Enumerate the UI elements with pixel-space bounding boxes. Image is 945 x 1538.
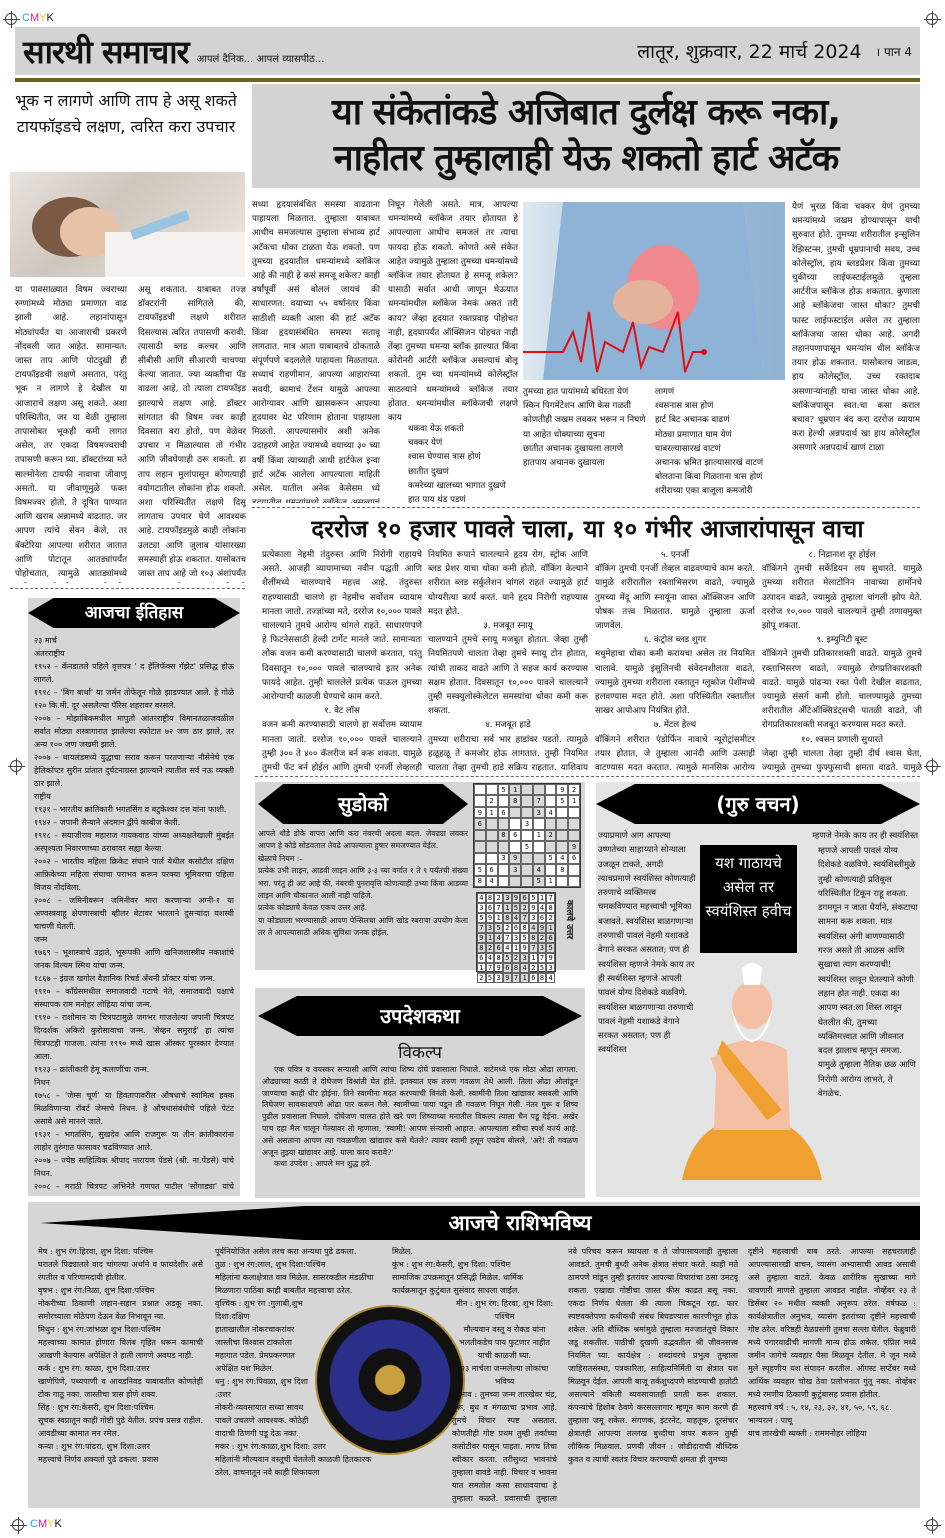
heart-column-3: तुमच्या हात पायांमध्ये बधिरता येणं स्किन…	[523, 385, 648, 503]
walking-section-body: वॉकिंग तुमची एनर्जी लेव्हल वाढवण्याचे का…	[595, 562, 755, 633]
sudoku-cell: 1	[533, 830, 545, 841]
sudoku-cell: 8	[477, 943, 486, 953]
sudoku-cell[interactable]	[521, 853, 533, 864]
sudoku-cell[interactable]	[474, 795, 486, 806]
sudoku-cell: 7	[520, 913, 529, 923]
sudoku-cell: 4	[512, 913, 521, 923]
history-group-label: जन्म	[34, 933, 234, 946]
zodiac-prediction: सूचक स्वप्नातून काही गोष्टी पुढे येतील. …	[38, 1414, 203, 1440]
sudoku-cell: 7	[486, 963, 495, 973]
warning-sign: हातपाय अचानक दुखायला	[523, 456, 648, 470]
sudoku-cell: 8	[494, 953, 503, 963]
zodiac-prediction: महिलांनी मौल्यवान वस्तूची घेतलेली काळजी …	[215, 1453, 380, 1479]
warning-sign: स्किन पिगमेंटेशन आणि केस गळती	[523, 399, 648, 413]
heart-headline-line-1: या संकेतांकडे अजिबात दुर्लक्ष करू नका,	[252, 90, 920, 136]
sudoku-answer-grid: 4823965173671529485918473627352684919147…	[476, 892, 556, 972]
upadesh-title: उपदेशकथा	[258, 996, 582, 1036]
symptom-item: श्वास घेण्यास त्रास होणं	[408, 450, 518, 464]
sudoku-cell[interactable]	[521, 807, 533, 818]
walking-section-body: नियमित रूपाने चालल्याने हृदय रोग, स्ट्रो…	[428, 548, 588, 619]
sudoku-cell: 3	[533, 807, 545, 818]
zodiac-prediction: खाणेपिणे, पथ्यपाणी व आवडनिवड याबाबतीत को…	[38, 1375, 203, 1401]
sudoku-cell: 5	[486, 973, 495, 983]
sudoku-cell: 2	[486, 795, 498, 806]
sudoku-cell: 6	[546, 933, 555, 943]
walking-section-body: चालण्याने तुमचे स्नायू मजबूत होतात. जेव्…	[428, 633, 588, 718]
horoscope-column-1: मेष : शुभ रंग:हिरवा, शुभ दिशा: पश्चिमघरा…	[38, 1245, 203, 1505]
walking-section-title: ८. निद्रानाश दूर होईल	[762, 548, 922, 562]
sudoku-cell: 7	[546, 893, 555, 903]
cmyk-marks-top: CMYK	[22, 12, 54, 24]
sudoku-cell: 9	[494, 963, 503, 973]
sudoku-cell: 8	[474, 876, 486, 887]
zodiac-sign-label: धनु : शुभ रंग:पिवळा, शुभ दिशा :उत्तर	[215, 1375, 310, 1401]
walking-section-title: ७. मेंटल हेल्थ	[595, 718, 755, 732]
sudoku-cell: 1	[486, 807, 498, 818]
sudoku-cell: 5	[533, 876, 545, 887]
history-group-label: राष्ट्रीय	[34, 790, 234, 803]
sudoku-cell: 5	[538, 963, 547, 973]
sudoku-cell[interactable]	[556, 876, 568, 887]
sudoku-cell: 3	[521, 818, 533, 829]
sudoku-cell[interactable]	[545, 841, 557, 852]
sudoku-cell[interactable]	[498, 841, 510, 852]
zodiac-prediction: महिलांना कलाक्षेत्रात वाव मिळेल. सासरकडी…	[215, 1271, 380, 1297]
sudoku-cell: 3	[498, 853, 510, 864]
sudoku-cell: 1	[494, 913, 503, 923]
registration-mark-icon	[926, 1519, 938, 1531]
registration-mark-icon	[926, 13, 938, 25]
sudoku-cell: 6	[498, 807, 510, 818]
sudoku-cell: 5	[512, 903, 521, 913]
zodiac-sign-label: सिंह : शुभ रंग:केसरी, शुभ दिशा:पश्चिम	[38, 1401, 203, 1414]
birthday-nature: स्वभाव : तुमच्या जन्म तारखेवर चंद्र, गुर…	[452, 1388, 557, 1505]
walking-headline: दररोज १० हजार पावले चाला, या १० गंभीर आज…	[255, 512, 920, 545]
same-birthday-person: याच तारखेची व्यक्ती : राममनोहर लोहिया	[748, 1427, 916, 1440]
sudoku-cell: 4	[529, 923, 538, 933]
sudoku-cell: 1	[512, 943, 521, 953]
history-item: १९१८ – सयाजीराव महाराज गायकवाड यांच्या अ…	[34, 829, 234, 855]
walking-section-title: ४. मजबूत हाडे	[428, 718, 588, 732]
sudoku-cell: 5	[521, 841, 533, 852]
heart-headline-line-2: नाहीतर तुम्हालाही येऊ शकतो हार्ट अटॅक	[252, 136, 920, 182]
sudoku-cell: 9	[512, 893, 521, 903]
zodiac-prediction: घरातले पिढ्यातले वाद चांगल्या अर्थाने व …	[38, 1258, 203, 1284]
birthday-title: २३ मार्चला जन्मलेल्या लोकांचा भविष्य	[452, 1362, 557, 1388]
symptom-item: छातीत दुखणं	[408, 465, 518, 479]
sudoku-cell: 9	[529, 903, 538, 913]
newspaper-title: सारथी समाचार	[23, 30, 189, 73]
important-years: महत्त्वाचे वर्ष : ५, १४, २३, ३२, ४१, ५०,…	[748, 1401, 916, 1414]
sudoku-cell: 6	[486, 864, 498, 875]
sudoku-cell[interactable]	[556, 841, 568, 852]
sudoku-cell: 1	[568, 795, 580, 806]
sudoku-cell: 4	[538, 903, 547, 913]
sudoku-cell: 9	[486, 913, 495, 923]
zodiac-sign-label: वृश्चिक : शुभ रंग :गुलाबी,शुभ दिशा:दक्षि…	[215, 1297, 310, 1323]
horoscope-column-5: दृष्टीने महत्त्वाची बाब ठरते. आपल्या सहच…	[748, 1245, 916, 1505]
history-item: १७६९ – भूशास्त्राचे उद्गाते, भूरूपकी आणि…	[34, 946, 234, 972]
sudoku-cell: 6	[568, 853, 580, 864]
divider	[252, 507, 920, 508]
sudoku-cell: 9	[520, 943, 529, 953]
warning-sign: तुमच्या हात पायांमध्ये बधिरता येणं	[523, 385, 648, 399]
sudoku-cell: 8	[538, 973, 547, 983]
sudoku-cell: 3	[509, 864, 521, 875]
typhoid-column-2: असू शकतात. याबाबत तज्ज्ञ डॉक्टरांनी सांग…	[138, 283, 246, 583]
sudoku-cell: 9	[556, 784, 568, 795]
walking-section-body: वॉकिंगने शरीरात एंडोर्फिन नावाचे न्यूरोट…	[595, 733, 755, 773]
sudoku-rules-label: खेळाचे नियम :–	[258, 853, 468, 865]
divider	[255, 776, 920, 777]
warning-sign: छातीत अचानक दुखायला लागणे	[523, 442, 648, 456]
sudoku-puzzle-grid[interactable]: 519228751916346386125939546563488451	[473, 783, 581, 888]
history-item: १९१० – कॉंग्रेसमधील समाजवादी गटाचे नेते,…	[34, 985, 234, 1011]
sudoku-cell: 5	[477, 913, 486, 923]
warning-sign: लागणं	[655, 385, 783, 399]
sudoku-instructions: आपले थोडे डोके वापरा आणि करा नंबरची अदला…	[258, 828, 468, 973]
walking-section-body: तुमच्या शरीराचा सर्व भार हाडांवर पडतो. त…	[428, 733, 588, 773]
history-date: २३ मार्च	[34, 634, 234, 647]
warning-sign: श्वसनास त्रास होणं	[655, 399, 783, 413]
history-item: १९४२ – जपानी सैन्याने अंदमान द्वीपे काबी…	[34, 816, 234, 829]
sudoku-cell[interactable]	[509, 807, 521, 818]
sudoku-cell[interactable]	[533, 853, 545, 864]
sudoku-cell: 5	[494, 923, 503, 933]
zodiac-sign-label: मीन : शुभ रंग: हिरवा, शुभ दिशा: पश्चिम	[452, 1297, 557, 1323]
sudoku-cell: 8	[503, 913, 512, 923]
horoscope-title: आजचे राशिभविष्य	[380, 1206, 660, 1240]
heart-headline: या संकेतांकडे अजिबात दुर्लक्ष करू नका, न…	[252, 84, 920, 188]
sudoku-cell: 4	[556, 853, 568, 864]
registration-mark-icon	[10, 760, 22, 772]
sudoku-cell[interactable]	[568, 830, 580, 841]
sudoku-cell: 1	[546, 923, 555, 933]
sudoku-cell: 1	[520, 973, 529, 983]
sudoku-cell: 1	[477, 963, 486, 973]
sudoku-cell[interactable]	[545, 795, 557, 806]
walking-section-body: जेव्हा तुम्ही चालता तेव्हा तुम्ही दीर्घ …	[762, 747, 922, 773]
sudoku-cell: 7	[538, 953, 547, 963]
sudoku-cell[interactable]	[474, 784, 486, 795]
walking-column-2: नियमित रूपाने चालल्याने हृदय रोग, स्ट्रो…	[428, 548, 588, 773]
zodiac-prediction: महत्त्वाचे निर्णय शक्यतो पुढे ढकला. प्रव…	[38, 1453, 203, 1466]
sudoku-cell[interactable]	[545, 818, 557, 829]
warning-sign: घाबरल्यासारखं वाटणं	[655, 442, 783, 456]
warning-sign: शरीराच्या एका बाजूला कमजोरी	[655, 484, 783, 498]
sudoku-cell[interactable]	[533, 841, 545, 852]
story-text: एक पवित्र व वयस्कर सन्यासी आणि त्यांचा श…	[262, 1064, 578, 1158]
walking-section-title: ९. इम्युनिटी बूस्ट	[762, 633, 922, 647]
history-item: २००२ – भारतीय महिला क्रिकेट संघाने पार्ल…	[34, 855, 234, 894]
walking-column-1: प्रत्येकाला नेहमी तंदुरुस्त आणि निरोगी र…	[262, 548, 422, 773]
guru-right-top: म्हणजे नेमके काय तर ही स्वयंशिस्त	[760, 828, 918, 842]
guru-title: (गुरु वचन)	[596, 784, 920, 824]
walking-column-4: ८. निद्रानाश दूर होईल वॉकिंगने तुमची सर्…	[762, 548, 922, 773]
sudoku-cell: 3	[477, 903, 486, 913]
sudoku-cell[interactable]	[498, 818, 510, 829]
sudoku-cell: 9	[477, 933, 486, 943]
sudoku-cell[interactable]	[545, 784, 557, 795]
warning-sign: बोलताना किंवा गिळताना त्रास होणं	[655, 470, 783, 484]
sudoku-cell: 5	[474, 864, 486, 875]
horoscope-column-4: नवे परिचय करून घ्यायला व ते जोपासायलाही …	[568, 1245, 738, 1505]
sudoku-cell[interactable]	[533, 818, 545, 829]
sudoku-cell: 8	[520, 923, 529, 933]
lucky-gem: भाग्यरत्न : पाचू	[748, 1414, 916, 1427]
zodiac-sign-label: कर्क : शुभ रंग: काळा, शुभ दिशा:उत्तर	[38, 1362, 203, 1375]
guru-right-text: म्हणजे आपली पावलं योग्य दिशेकडे वळविणे. …	[818, 843, 918, 1198]
sudoku-cell: 6	[529, 973, 538, 983]
divider	[10, 588, 245, 589]
zodiac-prediction: सामाजिक उपक्रमातून प्रसिद्धी मिळेल. धार्…	[392, 1271, 557, 1297]
masthead: सारथी समाचार आपलं दैनिक... आपलं व्यासपीठ…	[15, 27, 920, 75]
dateline: लातूर, शुक्रवार, 22 मार्च 2024	[637, 38, 861, 64]
symptom-list: थकवा येऊ शकतो चक्कर येणं श्वास घेण्यास त…	[388, 422, 518, 503]
history-group-label: अंतरराष्ट्रीय	[34, 647, 234, 660]
sudoku-cell[interactable]	[474, 841, 486, 852]
sudoku-note: प्रत्येक कोड्याचे केवळ एकच उत्तर आहे.	[258, 902, 468, 914]
sudoku-cell[interactable]	[474, 853, 486, 864]
symptom-item: हात पाय थंड पडणं	[408, 493, 518, 503]
sudoku-note: या कोड्याला भरण्यासाठी आपण पेन्सिलचा आणि…	[258, 915, 468, 940]
sudoku-cell: 2	[545, 830, 557, 841]
sudoku-cell[interactable]	[486, 818, 498, 829]
walking-section-title: १०. श्वसन प्रणाली सुधारते	[762, 733, 922, 747]
sudoku-cell: 9	[538, 923, 547, 933]
sudoku-cell[interactable]	[568, 807, 580, 818]
sudoku-cell: 6	[494, 943, 503, 953]
sudoku-cell: 6	[503, 963, 512, 973]
sudoku-cell: 2	[529, 963, 538, 973]
sudoku-cell[interactable]	[486, 841, 498, 852]
sudoku-cell[interactable]	[556, 818, 568, 829]
tagline: आपलं दैनिक... आपलं व्यासपीठ...	[197, 51, 325, 65]
sudoku-cell[interactable]	[486, 784, 498, 795]
history-group-label: निधन	[34, 1076, 234, 1089]
sudoku-cell: 2	[486, 943, 495, 953]
sudoku-cell: 8	[546, 903, 555, 913]
sudoku-intro: आपले थोडे डोके वापरा आणि करा नंबरची अदला…	[258, 828, 468, 853]
typhoid-column-1: या पावसाळ्यात विषम ज्वराच्या रुग्णांमध्य…	[15, 283, 127, 583]
sudoku-cell: 4	[520, 963, 529, 973]
sudoku-cell[interactable]	[545, 864, 557, 875]
story-moral: कथा उपदेश : आपले मन शुद्ध हवे.	[262, 1158, 578, 1170]
sudoku-cell: 2	[568, 784, 580, 795]
history-item: १९१८ – 'बिग बार्था' या जर्मन तोफेतून गोळ…	[34, 686, 234, 712]
walking-section-title: ३. मजबूत स्नायू	[428, 619, 588, 633]
walking-section-title: १. वेट लॉस	[262, 704, 422, 718]
walking-intro: प्रत्येकाला नेहमी तंदुरुस्त आणि निरोगी र…	[262, 548, 422, 704]
sudoku-cell: 2	[494, 893, 503, 903]
sudoku-cell: 5	[529, 893, 538, 903]
sudoku-cell: 3	[494, 973, 503, 983]
zodiac-sign-label: कुंभ : शुभ रंग:केसरी, शुभ दिशा: पश्चिम	[392, 1258, 557, 1271]
sudoku-cell: 2	[538, 933, 547, 943]
sudoku-cell[interactable]	[509, 818, 521, 829]
symptom-item: थकवा येऊ शकतो	[408, 422, 518, 436]
history-item: १९३१ – भारतीय क्रांतिकारी भगतसिंग व बटुक…	[34, 803, 234, 816]
masthead-rule	[15, 78, 920, 82]
history-item: १९५२ – कॅनडातले पहिले वृत्तपत्र ' द हॅलि…	[34, 660, 234, 686]
zodiac-prediction: पूर्वनियोजित असेल तरच करा अन्यथा पुढे ढक…	[215, 1245, 380, 1258]
history-list: २३ मार्च अंतरराष्ट्रीय १९५२ – कॅनडातले प…	[34, 634, 234, 1192]
warning-sign: या आहेत धोक्याच्या सूचना	[523, 428, 648, 442]
sudoku-cell[interactable]	[533, 784, 545, 795]
heart-column-1: सध्या हृदयासंबंधित समस्या वाढताना पाहायल…	[252, 198, 380, 503]
story-title: विकल्प	[258, 1040, 582, 1063]
sudoku-cell: 5	[498, 784, 510, 795]
zodiac-sign-label: मिथुन : शुभ रंग:जांभळा शुभ दिशा:पश्चिम	[38, 1323, 203, 1336]
history-item: २००७ – थायलंडमध्ये युद्धाचा सराव करून पर…	[34, 751, 234, 790]
sudoku-cell: 8	[486, 893, 495, 903]
guru-quote-box: यश गाठायचे असेल तर स्वयंशिस्त हवीच	[700, 845, 797, 953]
warning-sign: कोणतीही जखम लवकर भरून न निघणे	[523, 413, 648, 427]
warning-sign: अचानक भ्रमित झाल्यासारखं वाटणं	[655, 456, 783, 470]
sudoku-cell: 3	[520, 953, 529, 963]
history-item: १८६७ – इंग्रज खगोल वैज्ञानिक रिचर्ड अँथन…	[34, 972, 234, 985]
sudoku-cell[interactable]	[509, 876, 521, 887]
walking-section-title: ६. कंट्रोल ब्लड शुगर	[595, 633, 755, 647]
walking-column-3: ५. एनर्जी वॉकिंग तुमची एनर्जी लेव्हल वाढ…	[595, 548, 755, 773]
heart-column-2: निघून गेलेली असते. मात्र, आपल्या धमन्यां…	[388, 198, 518, 503]
sudoku-cell: 8	[509, 795, 521, 806]
sudoku-cell: 7	[512, 973, 521, 983]
zodiac-sign-label: कन्या : शुभ रंग:पांढरा, शुभ दिशा:उत्तर	[38, 1440, 203, 1453]
sudoku-cell: 6	[509, 830, 521, 841]
sudoku-cell[interactable]	[568, 818, 580, 829]
sudoku-cell: 3	[538, 943, 547, 953]
sage-illustration	[672, 960, 832, 1188]
walking-section-body: वॉकिंगने तुमची प्रतिकारशक्ती वाढते. यामु…	[762, 647, 922, 732]
sudoku-cell[interactable]	[521, 864, 533, 875]
sudoku-cell: 7	[533, 795, 545, 806]
typhoid-photo	[10, 172, 245, 277]
sudoku-cell[interactable]	[556, 807, 568, 818]
heart-attack-photo	[523, 202, 785, 380]
history-item: २००७ – ज्येष्ठ साहित्यिक श्रीपाद नारायण …	[34, 1154, 234, 1180]
sudoku-cell[interactable]	[556, 830, 568, 841]
page-number: । पान 4	[876, 43, 912, 60]
sudoku-cell: 8	[512, 963, 521, 973]
sudoku-cell: 9	[568, 841, 580, 852]
sudoku-cell: 9	[503, 973, 512, 983]
zodiac-sign-label: वृषभ : शुभ रंग:निळा, शुभ दिशा:पश्चिम	[38, 1284, 203, 1297]
sudoku-cell: 3	[503, 893, 512, 903]
heart-column-5: येणं भुरळ किंवा चक्कर येणं तुमच्या धमन्य…	[792, 200, 920, 503]
heart-column-2-text: निघून गेलेली असते. मात्र, आपल्या धमन्यां…	[388, 198, 518, 422]
sudoku-cell: 4	[477, 893, 486, 903]
history-item: २००७ – मोझांबिकमधील मापुतो आंतरराष्ट्रीय…	[34, 712, 234, 751]
sudoku-cell: 7	[494, 903, 503, 913]
history-item: १९१० – राशोमान या चित्रपटामुळे जगभर गाजल…	[34, 1011, 234, 1063]
sudoku-cell: 4	[533, 864, 545, 875]
sudoku-cell: 1	[503, 903, 512, 913]
sudoku-cell: 8	[529, 933, 538, 943]
sudoku-cell: 4	[546, 973, 555, 983]
zodiac-prediction: मिळेल.	[392, 1245, 557, 1258]
sudoku-cell: 3	[486, 923, 495, 933]
symptom-item: कमरेच्या खालच्या भागात दुखणे	[408, 479, 518, 493]
history-item: १९२३ – क्रांतीकारी हेमू कलाणींचा जन्म.	[34, 1063, 234, 1076]
sudoku-cell: 3	[512, 933, 521, 943]
sudoku-cell: 6	[538, 913, 547, 923]
sudoku-cell[interactable]	[521, 784, 533, 795]
sudoku-cell[interactable]	[486, 853, 498, 864]
registration-mark-icon	[5, 13, 17, 25]
sudoku-cell: 5	[546, 943, 555, 953]
sudoku-cell: 3	[546, 963, 555, 973]
zodiac-prediction: मौल्यवान वस्तू व रोकड यांना भलतीकडेच पाय…	[452, 1323, 557, 1362]
zodiac-prediction: महत्त्वाच्या कामात होणारा विलंब गृहित धर…	[38, 1336, 203, 1362]
sudoku-cell: 6	[474, 818, 486, 829]
sudoku-cell: 6	[512, 923, 521, 933]
cmyk-marks-bottom: CMYK	[30, 1518, 62, 1530]
sudoku-cell[interactable]	[521, 876, 533, 887]
zodiac-prediction: हाताखालील नोकरचाकरांवर जास्तीचा विश्वास …	[215, 1323, 310, 1375]
sudoku-cell: 2	[546, 913, 555, 923]
warning-sign: हार्ट बिट अचानक वाढणं	[655, 413, 783, 427]
typhoid-headline: भूक न लागणे आणि ताप हे असू शकते टायफॉइडच…	[10, 88, 242, 140]
sudoku-cell: 5	[520, 933, 529, 943]
sudoku-cell[interactable]	[521, 795, 533, 806]
sudoku-cell: 6	[520, 893, 529, 903]
sudoku-cell[interactable]	[498, 795, 510, 806]
sudoku-cell: 4	[503, 943, 512, 953]
sudoku-cell[interactable]	[486, 830, 498, 841]
sudoku-cell: 9	[546, 953, 555, 963]
sudoku-cell: 9	[474, 807, 486, 818]
sudoku-cell[interactable]	[498, 876, 510, 887]
zodiac-sign-label: तुळ : शुभ रंग:लाल, शुभ दिशा:पश्चिम	[215, 1258, 380, 1271]
zodiac-prediction: नोकरीच्या ठिकाणी लहान-सहान प्रश्नात अडकू…	[38, 1297, 203, 1323]
sudoku-cell: 7	[529, 943, 538, 953]
walking-section-body: मधुमेहाचा धोका कमी करायचा असेल तर नियमित…	[595, 647, 755, 718]
sudoku-cell[interactable]	[568, 876, 580, 887]
sudoku-cell[interactable]	[509, 841, 521, 852]
sudoku-cell: 8	[556, 864, 568, 875]
walking-section-body: वॉकिंगने तुमची सर्केडियन लय सुधारते. याम…	[762, 562, 922, 633]
sudoku-title: सुडोको	[258, 784, 468, 824]
horoscope-column-3: मिळेल. कुंभ : शुभ रंग:केसरी, शुभ दिशा: प…	[392, 1245, 557, 1505]
sudoku-cell: 4	[494, 933, 503, 943]
sudoku-cell: 1	[538, 893, 547, 903]
history-item: १९३१ – भगतसिंग, सुखदेव आणि राजगुरू या ती…	[34, 1128, 234, 1154]
registration-mark-icon	[926, 760, 938, 772]
sudoku-rules: प्रत्येक उभी लाइन, आडवी लाइन आणि ३-३ च्य…	[258, 865, 468, 902]
walking-section-body: वजन कमी करण्यासाठी चालणे हा सर्वोत्तम व्…	[262, 718, 422, 773]
sudoku-cell: 2	[520, 903, 529, 913]
story-body: एक पवित्र व वयस्कर सन्यासी आणि त्यांचा श…	[262, 1064, 578, 1170]
sudoku-cell: 6	[477, 953, 486, 963]
warning-sign: मोठ्या प्रमाणात घाम येणं	[655, 428, 783, 442]
sudoku-cell[interactable]	[521, 830, 533, 841]
sudoku-cell: 6	[486, 903, 495, 913]
sudoku-cell: 5	[545, 853, 557, 864]
sudoku-cell: 7	[503, 933, 512, 943]
sudoku-cell: 9	[509, 853, 521, 864]
sudoku-cell: 4	[486, 876, 498, 887]
sudoku-cell: 1	[486, 933, 495, 943]
sudoku-answer-label: कालचे उत्तर	[562, 900, 576, 970]
history-item: २००८ – जमिनीवरून जमिनीवर मारा करणाऱ्या अ…	[34, 894, 234, 933]
birthday-yearly: दृष्टीने महत्त्वाची बाब ठरते. आपल्या सहच…	[748, 1245, 916, 1401]
sudoku-cell[interactable]	[498, 864, 510, 875]
sudoku-cell[interactable]	[568, 864, 580, 875]
history-item: २००८ – मराठी चित्रपट अभिनेते गणपत पाटील …	[34, 1180, 234, 1192]
sudoku-cell[interactable]	[474, 830, 486, 841]
registration-mark-icon	[12, 1519, 24, 1531]
